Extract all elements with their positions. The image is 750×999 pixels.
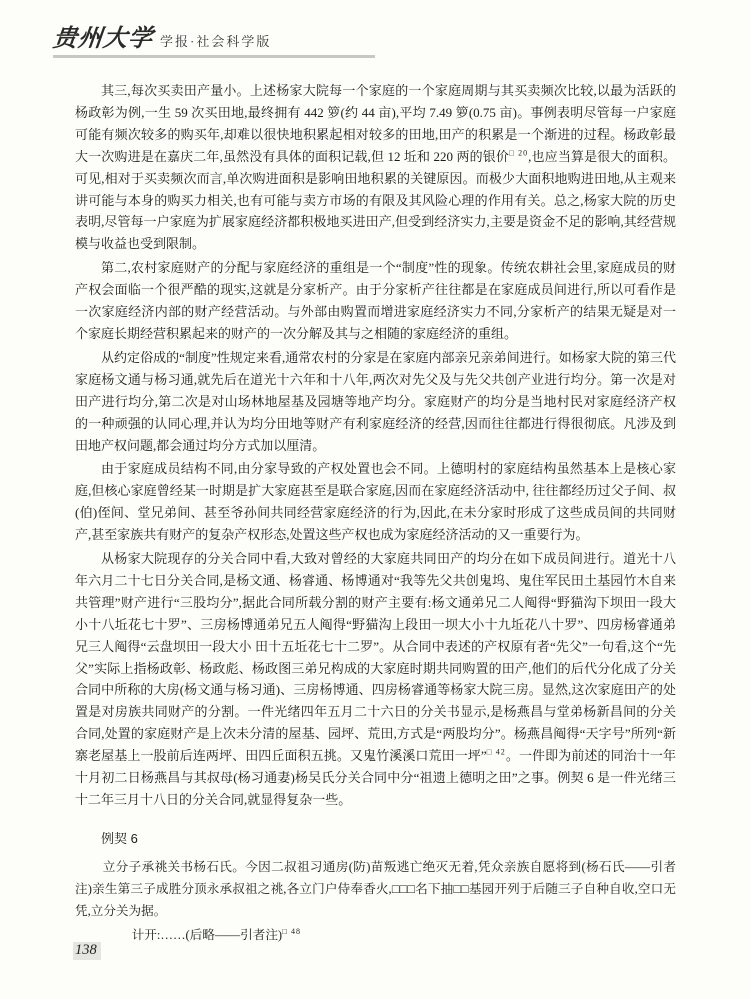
quote-paragraph: 计开:……(后略——引者注)□ 48 bbox=[75, 925, 676, 947]
body-paragraph: 从约定俗成的“制度”性规定来看,通常农村的分家是在家庭内部亲兄亲弟间进行。如杨家… bbox=[75, 347, 676, 457]
example-contract-label: 例契 6 bbox=[75, 828, 676, 850]
body-paragraph: 其三,每次买卖田产量小。上述杨家大院每一个家庭的一个家庭周期与其买卖频次比较,以… bbox=[75, 80, 676, 255]
contract-quote-block: 立分子承祧关书杨石氏。今因二叔祖习通房(防)苗叛逃亡绝灭无着,凭众亲族自愿将到(… bbox=[75, 857, 676, 947]
body-paragraphs: 其三,每次买卖田产量小。上述杨家大院每一个家庭的一个家庭周期与其买卖频次比较,以… bbox=[75, 80, 676, 811]
body-paragraph: 由于家庭成员结构不同,由分家导致的产权处置也会不同。上德明村的家庭结构虽然基本上… bbox=[75, 458, 676, 546]
citation-ref: □ 48 bbox=[282, 926, 301, 935]
page-header: 贵州大学 学报·社会科学版 bbox=[53, 26, 693, 58]
page-number: 138 bbox=[73, 942, 101, 960]
quote-paragraph: 立分子承祧关书杨石氏。今因二叔祖习通房(防)苗叛逃亡绝灭无着,凭众亲族自愿将到(… bbox=[75, 857, 676, 923]
journal-subtitle: 学报·社会科学版 bbox=[160, 31, 271, 50]
header-divider bbox=[53, 55, 375, 58]
article-body: 其三,每次买卖田产量小。上述杨家大院每一个家庭的一个家庭周期与其买卖频次比较,以… bbox=[75, 80, 676, 947]
body-paragraph: 第二,农村家庭财产的分配与家庭经济的重组是一个“制度”性的现象。传统农耕社会里,… bbox=[75, 257, 676, 345]
body-paragraph: 从杨家大院现存的分关合同中看,大致对曾经的大家庭共同田产的均分在如下成员间进行。… bbox=[75, 548, 676, 811]
journal-brand: 贵州大学 学报·社会科学版 bbox=[53, 26, 693, 52]
journal-page: 贵州大学 学报·社会科学版 其三,每次买卖田产量小。上述杨家大院每一个家庭的一个… bbox=[0, 0, 750, 999]
journal-title-calligraphy: 贵州大学 bbox=[52, 26, 155, 52]
citation-ref: □ 20 bbox=[509, 148, 528, 157]
citation-ref: □ 42 bbox=[487, 748, 506, 757]
